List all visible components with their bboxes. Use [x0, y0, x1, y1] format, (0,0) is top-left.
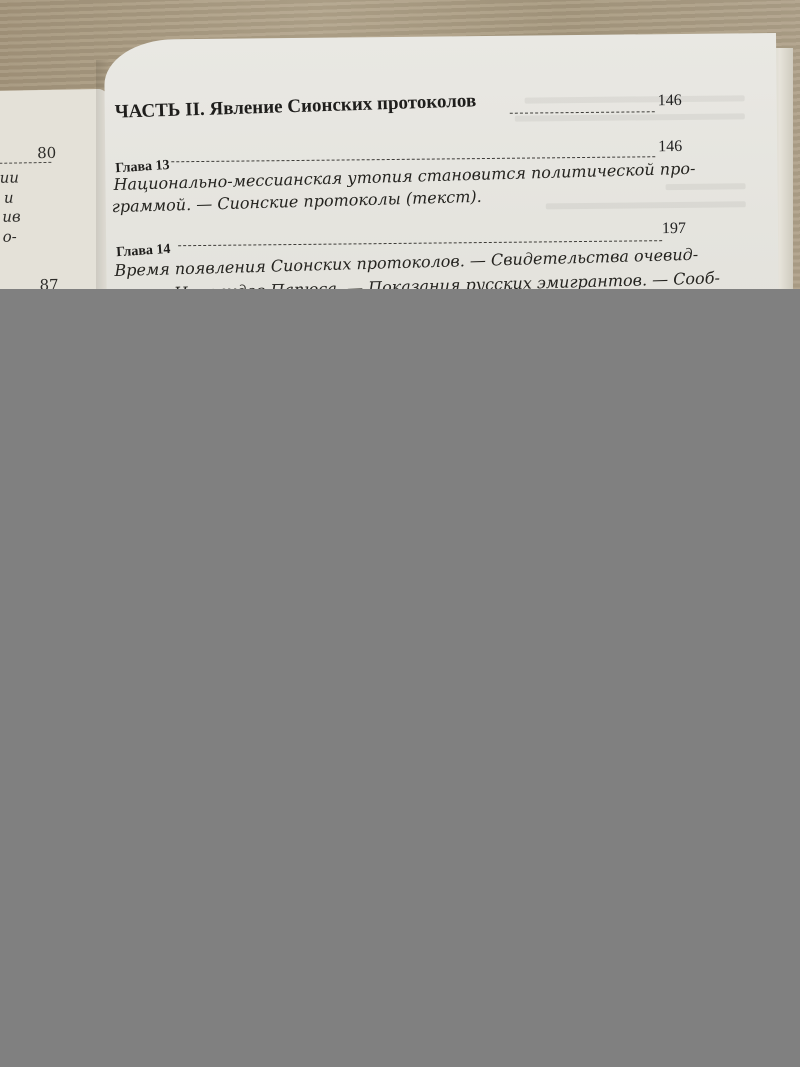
part-title: ЧАСТЬ II. Явление Сионских протоколов — [114, 90, 476, 123]
dotted-leader — [0, 162, 51, 164]
page-number: 80 — [37, 144, 56, 162]
bleed-through-text — [525, 95, 745, 103]
page-number: 146 — [658, 92, 682, 110]
dotted-leader — [178, 240, 662, 246]
bleed-through-text — [515, 113, 745, 121]
bleed-through-text — [546, 201, 746, 209]
line-fragment: ив — [2, 207, 21, 225]
bleed-through-text — [666, 183, 746, 190]
page-number: 146 — [658, 138, 682, 156]
gray-redaction-block — [0, 289, 800, 1067]
line-fragment: ии — [0, 168, 19, 186]
right-book-page: ЧАСТЬ II. Явление Сионских протоколов 14… — [104, 33, 779, 320]
page-number: 197 — [662, 220, 686, 238]
chapter-label: Глава 14 — [116, 242, 171, 261]
dotted-leader — [510, 111, 655, 114]
line-fragment: о- — [2, 228, 16, 246]
line-fragment: и — [4, 189, 14, 207]
